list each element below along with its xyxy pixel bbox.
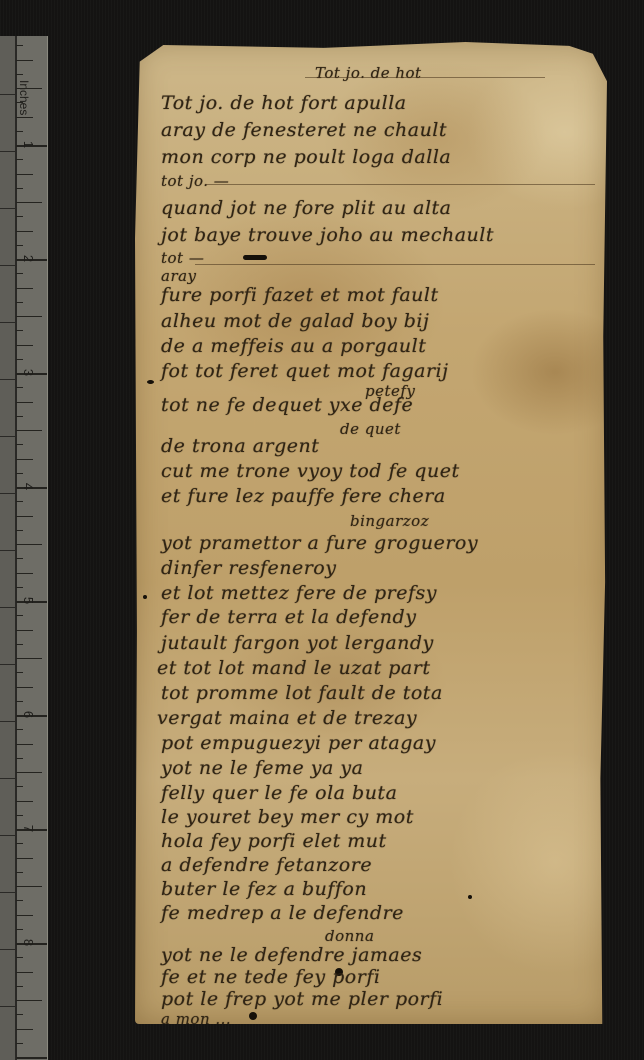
ruler-tick xyxy=(16,729,23,730)
manuscript-line: yot pramettor a fure grogueroy xyxy=(161,532,478,554)
ruled-line xyxy=(205,184,595,185)
ruler-tick xyxy=(16,117,33,118)
ruler-tick xyxy=(16,986,23,987)
manuscript-line: alheu mot de galad boy bij xyxy=(161,310,429,332)
ruler-tick xyxy=(16,216,23,217)
ruled-line xyxy=(195,264,595,265)
manuscript-line: buter le fez a buffon xyxy=(161,878,367,900)
manuscript-line: tot jo. — xyxy=(161,172,229,190)
ruler-tick xyxy=(16,900,23,901)
ruler-tick xyxy=(16,858,33,859)
ruler-tick xyxy=(16,74,23,75)
ruler-unit-label: Inches xyxy=(17,80,31,115)
ruler-side-tick xyxy=(0,151,15,152)
ruler-tick xyxy=(16,1029,33,1030)
ruler-tick xyxy=(16,801,33,802)
ruler-tick xyxy=(16,872,23,873)
manuscript-heading: Tot jo. de hot xyxy=(315,64,422,82)
manuscript-line: fure porfi fazet et mot fault xyxy=(161,284,439,306)
ruler-tick xyxy=(16,615,23,616)
ruler-tick xyxy=(16,288,33,289)
ink-dot xyxy=(468,895,472,899)
ruler-tick xyxy=(16,630,33,631)
manuscript-line: donna xyxy=(325,927,374,945)
ruler-tick xyxy=(16,644,23,645)
ruler-tick xyxy=(16,159,23,160)
ruler-tick xyxy=(16,245,23,246)
ruler-tick xyxy=(16,687,33,688)
manuscript-line: yot ne le defendre jamaes xyxy=(161,944,422,966)
ruler-number-8: 8 xyxy=(21,939,36,946)
manuscript-line: jot baye trouve joho au mechault xyxy=(161,224,494,246)
ruler-side-tick xyxy=(0,436,15,437)
ruler-tick xyxy=(16,430,42,431)
ruler-tick xyxy=(16,843,23,844)
ruler-tick xyxy=(16,45,23,46)
manuscript-line: dinfer resfeneroy xyxy=(161,557,336,579)
ruler-tick xyxy=(16,886,42,887)
manuscript-line: jutault fargon yot lergandy xyxy=(161,632,434,654)
ruler-side-tick xyxy=(0,949,15,950)
ruler-tick xyxy=(16,302,23,303)
ruler-tick xyxy=(16,658,42,659)
ruler-tick xyxy=(16,501,23,502)
ruler-spine xyxy=(15,36,17,1060)
ruler-tick xyxy=(16,473,23,474)
manuscript-line: et lot mettez fere de prefsy xyxy=(161,582,437,604)
ruler-tick xyxy=(16,516,33,517)
manuscript-parchment: Tot jo. de hot Tot jo. de hot fort apull… xyxy=(135,42,607,1024)
ink-dot xyxy=(147,380,154,384)
ruler-side-tick xyxy=(0,208,15,209)
ruler-side-tick xyxy=(0,607,15,608)
manuscript-line: le youret bey mer cy mot xyxy=(161,806,414,828)
ruler-side-tick xyxy=(0,322,15,323)
manuscript-line: fe medrep a le defendre xyxy=(161,902,404,924)
manuscript-line: pot empuguezyi per atagay xyxy=(161,732,436,754)
ruler-tick xyxy=(16,929,23,930)
ruler-tick xyxy=(16,231,33,232)
ruler-tick xyxy=(16,102,23,103)
ruler-tick xyxy=(16,573,33,574)
ruler-side-tick xyxy=(0,493,15,494)
manuscript-line: et fure lez pauffe fere chera xyxy=(161,485,446,507)
manuscript-line: aray de fenesteret ne chault xyxy=(161,119,447,141)
ruler-number-7: 7 xyxy=(21,825,36,832)
ruler-tick xyxy=(16,359,23,360)
ruler-tick xyxy=(16,1000,42,1001)
manuscript-line: bingarzoz xyxy=(350,512,429,530)
ink-dot xyxy=(143,595,147,599)
ruler-side-tick xyxy=(0,550,15,551)
ruler-tick xyxy=(16,701,23,702)
manuscript-line: tot promme lot fault de tota xyxy=(161,682,443,704)
manuscript-line: et tot lot mand le uzat part xyxy=(157,657,430,679)
ruler-side-tick xyxy=(0,265,15,266)
ruler-tick xyxy=(16,587,23,588)
manuscript-line: quand jot ne fore plit au alta xyxy=(161,197,452,219)
ruler-tick xyxy=(16,544,42,545)
ruler-tick xyxy=(16,402,33,403)
ruler-number-4: 4 xyxy=(21,483,36,490)
ruler-tick xyxy=(16,1057,47,1059)
ruler-side-tick xyxy=(0,1006,15,1007)
ruler-tick xyxy=(16,131,23,132)
ruler-side-tick xyxy=(0,835,15,836)
manuscript-line: hola fey porfi elet mut xyxy=(161,830,387,852)
ruler-number-1: 1 xyxy=(21,141,36,148)
ruler-number-6: 6 xyxy=(21,711,36,718)
ruler-tick xyxy=(16,345,33,346)
manuscript-line: Tot jo. de hot fort apulla xyxy=(161,92,407,114)
ruler-tick xyxy=(16,744,33,745)
ruler-side-strip xyxy=(0,36,15,1060)
ruler-tick xyxy=(16,815,23,816)
measurement-ruler: Inches 1 2 3 4 5 6 7 8 xyxy=(0,36,48,1060)
manuscript-line: de quet xyxy=(340,420,401,438)
ruler-tick xyxy=(16,387,23,388)
ruler-side-tick xyxy=(0,94,15,95)
ruler-tick xyxy=(16,444,23,445)
manuscript-line: de a meffeis au a porgault xyxy=(161,335,426,357)
manuscript-line: de trona argent xyxy=(161,435,319,457)
ink-blot xyxy=(243,255,267,260)
ruler-tick xyxy=(16,530,23,531)
ruler-tick xyxy=(16,1043,23,1044)
ruler-number-2: 2 xyxy=(21,255,36,262)
ruler-tick xyxy=(16,316,42,317)
ruler-tick xyxy=(16,88,42,89)
ruler-tick xyxy=(16,786,23,787)
ink-dot xyxy=(249,1012,257,1020)
manuscript-line: cut me trone vyoy tod fe quet xyxy=(161,460,460,482)
manuscript-line: yot ne le feme ya ya xyxy=(161,757,363,779)
ruler-tick xyxy=(16,60,33,61)
ruler-tick xyxy=(16,915,33,916)
manuscript-line: fe et ne tede fey porfi xyxy=(161,966,380,988)
manuscript-line: a defendre fetanzore xyxy=(161,854,372,876)
manuscript-line: fer de terra et la defendy xyxy=(161,606,416,628)
manuscript-line: fot tot feret quet mot fagarij xyxy=(161,360,449,382)
ruler-tick xyxy=(16,957,23,958)
ruler-tick xyxy=(16,174,33,175)
manuscript-line: felly quer le fe ola buta xyxy=(161,782,397,804)
ruler-tick xyxy=(16,1014,23,1015)
manuscript-line: vergat maina et de trezay xyxy=(157,707,417,729)
ruler-tick xyxy=(16,188,23,189)
ruler-tick xyxy=(16,758,23,759)
ruler-tick xyxy=(16,273,23,274)
manuscript-line: mon corp ne poult loga dalla xyxy=(161,146,451,168)
ruler-tick xyxy=(16,672,23,673)
ruler-number-5: 5 xyxy=(21,597,36,604)
manuscript-line: a mon ... xyxy=(161,1010,231,1028)
manuscript-line: aray xyxy=(161,267,197,285)
ruler-side-tick xyxy=(0,892,15,893)
ruler-tick xyxy=(16,202,42,203)
manuscript-line: tot ne fe dequet yxe defe xyxy=(161,394,413,416)
ruler-side-tick xyxy=(0,721,15,722)
ruler-tick xyxy=(16,330,23,331)
ruler-tick xyxy=(16,459,33,460)
manuscript-line: pot le frep yot me pler porfi xyxy=(161,988,443,1010)
heading-rule xyxy=(305,77,545,78)
ruler-tick xyxy=(16,972,33,973)
ruler-side-tick xyxy=(0,778,15,779)
ruler-tick xyxy=(16,416,23,417)
ruler-tick xyxy=(16,558,23,559)
ruler-tick xyxy=(16,772,42,773)
ruler-number-3: 3 xyxy=(21,369,36,376)
ruler-side-tick xyxy=(0,664,15,665)
ruler-side-tick xyxy=(0,379,15,380)
